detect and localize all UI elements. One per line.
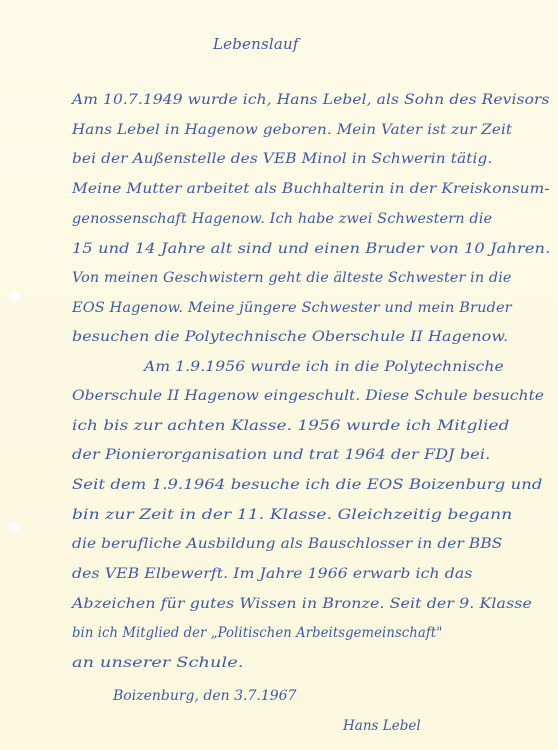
body-line: bin zur Zeit in der 11. Klasse. Gleichze… — [72, 507, 512, 523]
signature: Hans Lebel — [343, 718, 421, 734]
body-line: Oberschule II Hagenow eingeschult. Diese… — [72, 388, 544, 404]
body-line: an unserer Schule. — [72, 655, 244, 671]
body-line: Seit dem 1.9.1964 besuche ich die EOS Bo… — [72, 477, 542, 493]
body-line: besuchen die Polytechnische Oberschule I… — [72, 329, 508, 345]
body-line: Abzeichen für gutes Wissen in Bronze. Se… — [72, 596, 532, 612]
body-line: der Pionierorganisation und trat 1964 de… — [72, 447, 490, 463]
body-line: Von meinen Geschwistern geht die älteste… — [72, 270, 512, 286]
place-and-date: Boizenburg, den 3.7.1967 — [113, 688, 296, 704]
document-page: Lebenslauf Am 10.7.1949 wurde ich, Hans … — [0, 0, 558, 750]
body-line: Meine Mutter arbeitet als Buchhalterin i… — [72, 181, 550, 197]
body-line: des VEB Elbewerft. Im Jahre 1966 erwarb … — [72, 566, 472, 582]
document-title: Lebenslauf — [213, 35, 299, 53]
body-line: genossenschaft Hagenow. Ich habe zwei Sc… — [72, 211, 492, 227]
punch-hole-bottom — [8, 521, 22, 533]
body-line: Hans Lebel in Hagenow geboren. Mein Vate… — [72, 122, 512, 138]
body-line: 15 und 14 Jahre alt sind und einen Brude… — [72, 241, 550, 257]
body-line: ich bis zur achten Klasse. 1956 wurde ic… — [72, 418, 509, 434]
body-line: bin ich Mitglied der „Politischen Arbeit… — [72, 625, 442, 641]
body-line: Am 1.9.1956 wurde ich in die Polytechnis… — [144, 359, 504, 375]
body-line: EOS Hagenow. Meine jüngere Schwester und… — [72, 300, 512, 316]
body-line: bei der Außenstelle des VEB Minol in Sch… — [72, 151, 492, 167]
punch-hole-top — [8, 291, 22, 303]
body-line: die berufliche Ausbildung als Bauschloss… — [72, 536, 502, 552]
body-line: Am 10.7.1949 wurde ich, Hans Lebel, als … — [72, 92, 550, 108]
